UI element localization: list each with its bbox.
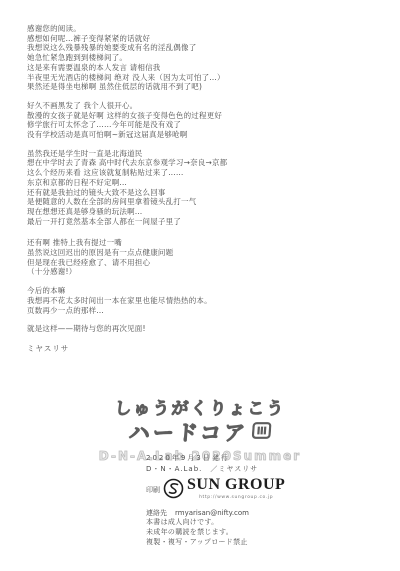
printer-brand: SUN GROUP http://www.sungroup.co.jp: [163, 477, 285, 503]
afterword-line: 这是来有需要温泉的本人发言 请相信我: [27, 63, 227, 73]
printer-name: SUN GROUP: [187, 477, 285, 493]
circle-credit: D・N・A.Lab. ／ミヤスリサ: [146, 464, 285, 474]
printer-url: http://www.sungroup.co.jp: [199, 493, 273, 503]
afterword-line: 果然还是得坐电梯啊 虽然住低层的话就用不到了吧): [27, 82, 227, 92]
afterword-line: （十分感谢!）: [27, 267, 227, 277]
afterword-line: 没有学校活动是真可怕啊~新冠这届真是够呛啊: [27, 130, 227, 140]
afterword-paragraph-5: 今后的本嘛 我想再不花太多时间出一本在家里也能尽情热热的本。 页数再少一点的那样…: [27, 286, 227, 315]
afterword-line: 但是现在我已经痊愈了、请不用担心: [27, 258, 227, 268]
afterword-paragraph-2: 好久不画黑发了 我个人很开心。 散漫的女孩子就是好啊 这样的女孩子变得色色的过程…: [27, 101, 227, 140]
afterword-line: 感想如何呢…裤子变得紧紧的话就好: [27, 34, 227, 44]
notice-line: 本書は成人向けです。: [146, 517, 248, 527]
afterword-line: 这么个经历来看 这应该就复制粘贴过来了……: [27, 168, 227, 178]
afterword-line: 我想说这么残暴残暴的她要变成有名的淫乱偶像了: [27, 43, 227, 53]
afterword-text: 感谢您的阅读。 感想如何呢…裤子变得紧紧的话就好 我想说这么残暴残暴的她要变成有…: [27, 24, 227, 354]
afterword-paragraph-1: 感谢您的阅读。 感想如何呢…裤子变得紧紧的话就好 我想说这么残暴残暴的她要变成有…: [27, 24, 227, 92]
afterword-line: 修学旅行可太怀念了……今年可能是没有戏了: [27, 120, 227, 130]
camera-icon: [251, 420, 272, 444]
printer-label: 印刷: [146, 485, 160, 495]
afterword-line: 东京和京都的日程不好定啊…: [27, 178, 227, 188]
notice-line: 複製・複写・アップロード禁止: [146, 537, 248, 547]
notice-line: 未成年の購読を禁じます。: [146, 527, 248, 537]
afterword-paragraph-6: 就是这样——期待与您的再次见面!: [27, 324, 227, 334]
adult-notice: 本書は成人向けです。 未成年の購読を禁じます。 複製・複写・アップロード禁止: [146, 517, 248, 547]
afterword-line: 还有就是我拍过的镜头大致不是这么回事: [27, 188, 227, 198]
afterword-line: 还有啊 推特上我有提过一嘴: [27, 238, 227, 248]
afterword-paragraph-4: 还有啊 推特上我有提过一嘴 虽然说这回迟出的原因是有一点点健康问题 但是现在我已…: [27, 238, 227, 277]
author-signature: ミヤスリサ: [27, 344, 227, 354]
afterword-line: 感谢您的阅读。: [27, 24, 227, 34]
afterword-line: 我想再不花太多时间出一本在家里也能尽情热热的本。: [27, 296, 227, 306]
afterword-line: 页数再少一点的那样…: [27, 306, 227, 316]
printer-row: 印刷 SUN GROUP http://www.sungroup.co.jp: [146, 477, 285, 503]
afterword-line: 半夜里无光酒店的楼梯间 绝对 没人来（因为太可怕了…）: [27, 73, 227, 83]
afterword-line: 是便随意的人数在全部的房间里拿着镜头乱打一气: [27, 197, 227, 207]
afterword-line: 最后一开打竟然基本全部人都在一间屋子里了: [27, 217, 227, 227]
title-logo-line2-text: ハードコア: [128, 417, 249, 447]
printer-name-stack: SUN GROUP http://www.sungroup.co.jp: [187, 477, 285, 503]
doujinshi-afterword-page: 感谢您的阅读。 感想如何呢…裤子变得紧紧的话就好 我想说这么残暴残暴的她要变成有…: [0, 0, 400, 571]
title-logo-line1: しゅうがくりょこう: [0, 394, 400, 419]
afterword-line: 虽然说这回迟出的原因是有一点点健康问题: [27, 248, 227, 258]
afterword-line: 今后的本嘛: [27, 286, 227, 296]
title-logo-line2: ハードコア: [0, 417, 400, 447]
afterword-line: 散漫的女孩子就是好啊 这样的女孩子变得色色的过程更好: [27, 111, 227, 121]
afterword-line: 现在想想还真是够身骚的玩法啊…: [27, 207, 227, 217]
afterword-line: 想在中学时去了青森 高中时代去东京参观学习→奈良→京都: [27, 158, 227, 168]
afterword-paragraph-3: 虽然我还是学生时一直是北海道民 想在中学时去了青森 高中时代去东京参观学习→奈良…: [27, 149, 227, 227]
sun-group-logo-icon: [163, 478, 184, 502]
colophon: 2020年9月3日発行 D・N・A.Lab. ／ミヤスリサ 印刷 SUN GRO…: [146, 453, 285, 518]
afterword-line: 她急忙紧急跑到到楼梯间了。: [27, 53, 227, 63]
afterword-line: 好久不画黑发了 我个人很开心。: [27, 101, 227, 111]
publication-date: 2020年9月3日発行: [146, 453, 285, 463]
afterword-line: 虽然我还是学生时一直是北海道民: [27, 149, 227, 159]
afterword-line: 就是这样——期待与您的再次见面!: [27, 324, 227, 334]
